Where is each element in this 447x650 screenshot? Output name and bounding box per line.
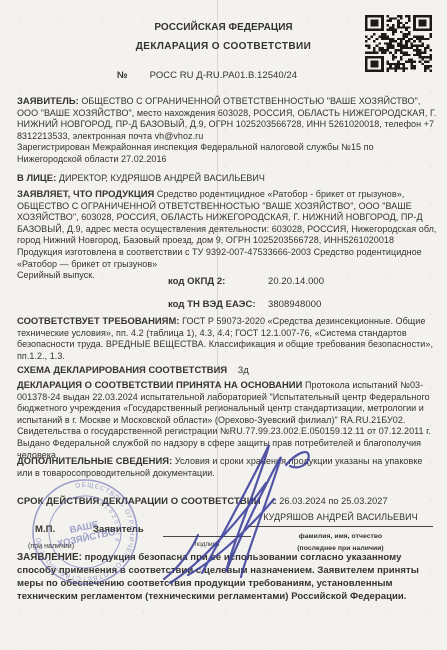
codes-section: код ОКПД 2: 20.20.14.000 код ТН ВЭД ЕАЭС… [168, 276, 428, 310]
product-label: ЗАЯВЛЯЕТ, ЧТО ПРОДУКЦИЯ [17, 188, 154, 199]
basis-label: ДЕКЛАРАЦИЯ О СООТВЕТСТВИИ ПРИНЯТА НА ОСН… [17, 379, 302, 390]
requirements-label: СООТВЕТСТВУЕТ ТРЕБОВАНИЯМ: [17, 315, 180, 326]
applicant-registered: Зарегистрирован Межрайонная инспекция Фе… [17, 142, 438, 165]
declaration-document: РОССИЙСКАЯ ФЕДЕРАЦИЯ ДЕКЛАРАЦИЯ О СООТВЕ… [0, 0, 447, 650]
scheme-section: СХЕМА ДЕКЛАРИРОВАНИЯ СООТВЕТСТВИЯ 3д [17, 364, 438, 377]
person-text: ДИРЕКТОР, КУДРЯШОВ АНДРЕЙ ВАСИЛЬЕВИЧ [59, 173, 265, 183]
applicant-text: ОБЩЕСТВО С ОГРАНИЧЕННОЙ ОТВЕТСТВЕННОСТЬЮ… [17, 96, 436, 141]
declaration-number: РОСС RU Д-RU.РА01.В.12540/24 [150, 70, 297, 81]
person-label: В ЛИЦЕ: [17, 172, 56, 183]
qr-code [365, 15, 432, 72]
okpd-code-value: 20.20.14.000 [268, 276, 428, 288]
tnved-code-value: 3808948000 [268, 299, 428, 311]
okpd-code-label: код ОКПД 2: [168, 276, 268, 288]
applicant-label: ЗАЯВИТЕЛЬ: [17, 95, 79, 106]
handwritten-signature [140, 425, 355, 587]
product-section: ЗАЯВЛЯЕТ, ЧТО ПРОДУКЦИЯ Средство роденти… [17, 188, 438, 282]
applicant-section: ЗАЯВИТЕЛЬ: ОБЩЕСТВО С ОГРАНИЧЕННОЙ ОТВЕТ… [17, 95, 438, 166]
represented-by-section: В ЛИЦЕ: ДИРЕКТОР, КУДРЯШОВ АНДРЕЙ ВАСИЛЬ… [17, 172, 438, 185]
product-manufactured: Продукция изготовлена в соответствии с Т… [17, 247, 438, 270]
scheme-label: СХЕМА ДЕКЛАРИРОВАНИЯ СООТВЕТСТВИЯ [17, 364, 227, 375]
number-sign: № [117, 70, 128, 81]
requirements-section: СООТВЕТСТВУЕТ ТРЕБОВАНИЯМ: ГОСТ Р 59073-… [17, 315, 438, 362]
scheme-value: 3д [238, 365, 249, 376]
company-round-stamp: ОБЩЕСТВО С ОГРАНИЧЕННОЙ ОТВЕТСТВЕННОСТЬЮ… [27, 474, 143, 590]
tnved-code-label: код ТН ВЭД ЕАЭС: [168, 299, 268, 311]
